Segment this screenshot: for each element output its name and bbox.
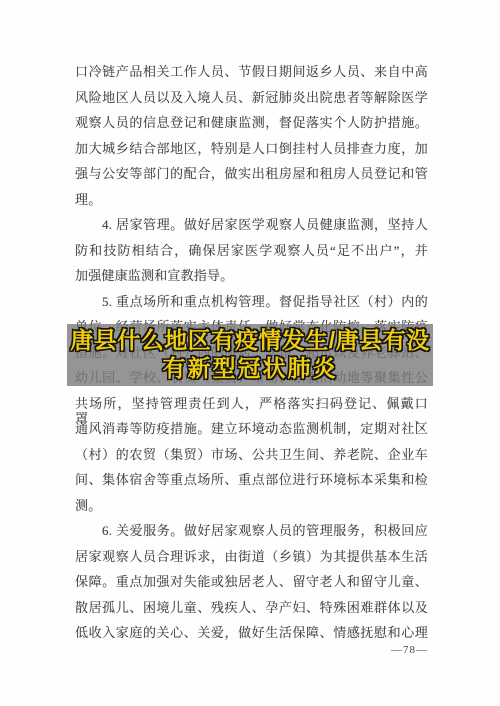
overlay-title-line-1: 唐县什么地区有疫情发生/唐县有没 xyxy=(67,326,433,354)
body-text-line: 测。 xyxy=(75,498,428,513)
body-text-line: 低收入家庭的关心、关爱，做好生活保障、情感抚慰和心理 xyxy=(75,625,428,640)
body-text-line: 加强健康监测和宣教指导。 xyxy=(75,268,428,283)
overlay-title: 唐县什么地区有疫情发生/唐县有没 有新型冠状肺炎 xyxy=(67,326,433,382)
body-text-line: 观察人员的信息登记和健康监测，督促落实个人防护措施。 xyxy=(75,115,428,130)
page-number: —78— xyxy=(391,644,428,656)
body-text-line: 居家观察人员合理诉求，由街道（乡镇）为其提供基本生活 xyxy=(75,549,428,564)
body-text-line: 口冷链产品相关工作人员、节假日期间返乡人员、来自中高 xyxy=(75,64,428,79)
body-text-line: 防和技防相结合，确保居家医学观察人员“足不出户”，并 xyxy=(75,243,428,258)
body-text-line: 4. 居家管理。做好居家医学观察人员健康监测，坚持人 xyxy=(75,217,428,232)
body-text-line: 间、集体宿舍等重点场所、重点部位进行环境标本采集和检 xyxy=(75,472,428,487)
document-page: 口冷链产品相关工作人员、节假日期间返乡人员、来自中高风险地区人员以及入境人员、新… xyxy=(0,0,500,706)
body-text-line: 5. 重点场所和重点机构管理。督促指导社区（村）内的 xyxy=(75,294,428,309)
overlay-title-line-2: 有新型冠状肺炎 xyxy=(67,354,433,382)
body-text-line: 散居孤儿、困境儿童、残疾人、孕产妇、特殊困难群体以及 xyxy=(75,600,428,615)
body-text-line: 通风消毒等防疫措施。建立环境动态监测机制，定期对社区 xyxy=(75,421,428,436)
body-text-line: 强与公安等部门的配合，做实出租房屋和租房人员登记和管 xyxy=(75,166,428,181)
body-text-line: （村）的农贸（集贸）市场、公共卫生间、养老院、企业车 xyxy=(75,447,428,462)
body-text-line: 加大城乡结合部地区，特别是人口倒挂村人员排查力度，加 xyxy=(75,141,428,156)
body-text-line: 风险地区人员以及入境人员、新冠肺炎出院患者等解除医学 xyxy=(75,90,428,105)
body-text-line: 6. 关爱服务。做好居家观察人员的管理服务，积极回应 xyxy=(75,523,428,538)
body-text-line: 保障。重点加强对失能或独居老人、留守老人和留守儿童、 xyxy=(75,574,428,589)
body-text-line: 理。 xyxy=(75,192,428,207)
